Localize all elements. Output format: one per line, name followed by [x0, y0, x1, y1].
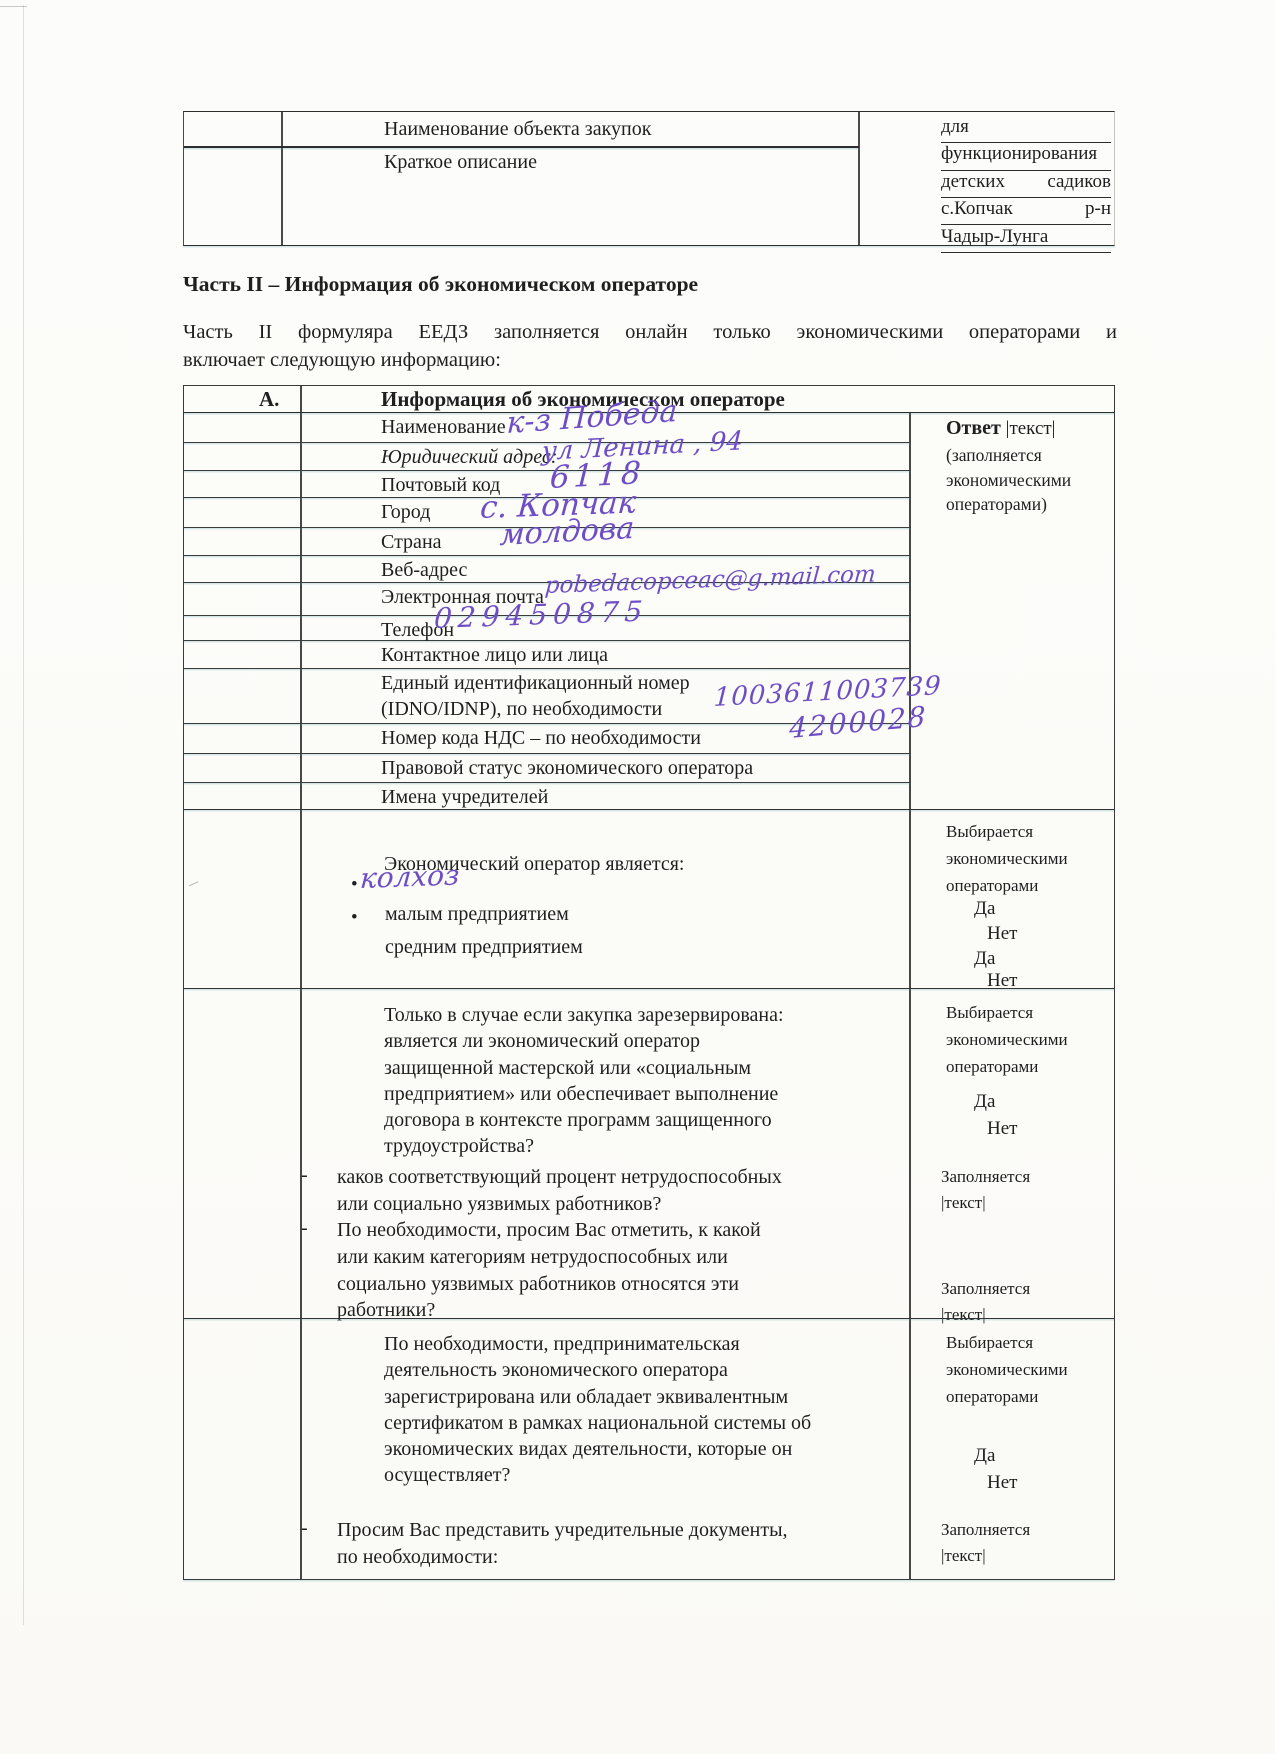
question-line: По необходимости, просим Вас отметить, к… [337, 1217, 761, 1244]
row-label: Веб-адрес [381, 559, 467, 582]
option-yes: Да [974, 948, 995, 970]
sub-question: каков соответствующий процент нетрудоспо… [337, 1164, 782, 1218]
value-line: функционирования [941, 143, 1111, 170]
option-no: Нет [987, 923, 1017, 945]
answer-note: (заполняется экономическими операторами) [946, 443, 1114, 517]
row-label: Правовой статус экономического оператора [381, 757, 753, 780]
right-note-line: Выбирается [946, 818, 1068, 845]
row-label: Номер кода НДС – по необходимости [381, 727, 701, 750]
row-label: Юридический адрес: [381, 446, 557, 469]
column-divider [281, 112, 283, 245]
right-note-line: операторами [946, 1383, 1068, 1410]
question-line: или каким категориям нетрудоспособных ил… [337, 1244, 761, 1271]
right-note-line: экономическими [946, 1356, 1068, 1383]
intro-paragraph: Часть II формуляра ЕЕДЗ заполняется онла… [183, 318, 1117, 374]
question-line: предприятием» или обеспечивает выполнени… [384, 1081, 784, 1107]
question-line: осуществляет? [384, 1462, 811, 1488]
question-line: трудоустройства? [384, 1133, 784, 1159]
answer-note-line: (заполняется [946, 443, 1114, 468]
option-no: Нет [987, 1118, 1017, 1140]
bullet-marker: • [351, 874, 358, 896]
handwritten-value: 029450875 [433, 594, 650, 635]
section-reserved: Только в случае если закупка зарезервиро… [184, 988, 1114, 1318]
value-line: Чадыр-Лунга [941, 226, 1111, 253]
answer-header: Ответ |текст| (заполняется экономическим… [946, 417, 1114, 517]
question-line: является ли экономический оператор [384, 1028, 784, 1054]
value-cell: для функционирования детских садиков с.К… [941, 116, 1111, 253]
fill-note-line: Заполняется [941, 1517, 1030, 1543]
option-yes: Да [974, 898, 995, 920]
scanned-page: Наименование объекта закупок Краткое опи… [0, 0, 1275, 1754]
row-divider [184, 146, 859, 148]
right-note-line: операторами [946, 872, 1068, 899]
question-line: деятельность экономического оператора [384, 1357, 811, 1383]
fill-note: Заполняется |текст| [941, 1164, 1030, 1216]
row-label: Город [381, 501, 430, 524]
intro-line: включает следующую информацию: [183, 346, 1117, 374]
answer-text-token: |текст| [1006, 418, 1056, 439]
section-sme: Экономический оператор является: • колхо… [184, 809, 1114, 988]
sub-question: Просим Вас представить учредительные док… [337, 1517, 788, 1571]
question-line: каков соответствующий процент нетрудоспо… [337, 1164, 782, 1191]
table-row: Страна молдова [184, 528, 911, 556]
dash-marker: - [301, 1517, 308, 1540]
option-no: Нет [987, 1472, 1017, 1494]
table-row: Номер кода НДС – по необходимости 420002… [184, 724, 911, 754]
dash-marker: - [301, 1164, 308, 1187]
question-line: Только в случае если закупка зарезервиро… [384, 1002, 784, 1028]
sme-item: средним предприятием [385, 936, 583, 959]
value-line: для [941, 116, 1111, 143]
section-letter: А. [259, 387, 279, 412]
question-line: защищенной мастерской или «социальным [384, 1055, 784, 1081]
question-block: Только в случае если закупка зарезервиро… [384, 1002, 784, 1160]
section-registered: По необходимости, предпринимательская де… [184, 1318, 1114, 1581]
question-line: социально уязвимых работников относятся … [337, 1271, 761, 1298]
table-row: Телефон 029450875 [184, 616, 911, 641]
question-line: По необходимости, предпринимательская [384, 1331, 811, 1357]
question-line: сертификатом в рамках национальной систе… [384, 1410, 811, 1436]
right-note-line: операторами [946, 1053, 1068, 1080]
question-line: зарегистрирована или обладает эквивалент… [384, 1384, 811, 1410]
table-row: Контактное лицо или лица [184, 641, 911, 669]
answer-label: Ответ |текст| [946, 417, 1114, 440]
row-label-line2: (IDNO/IDNP), по необходимости [381, 698, 662, 721]
right-note: Выбирается экономическими операторами [946, 999, 1068, 1080]
main-table: А. Информация об экономическом операторе… [183, 385, 1115, 1580]
part2-heading: Часть II – Информация об экономическом о… [183, 272, 698, 297]
bullet-marker: • [351, 907, 358, 929]
right-note-line: экономическими [946, 1026, 1068, 1053]
right-note: Выбирается экономическими операторами [946, 818, 1068, 899]
fill-note-line: |текст| [941, 1543, 1030, 1569]
question-line: договора в контексте программ защищенног… [384, 1107, 784, 1133]
row-label: Имена учредителей [381, 786, 548, 809]
table-row: Юридический адрес: ул Ленина , 94 [184, 443, 911, 471]
answer-note-line: экономическими [946, 468, 1114, 493]
question-block: По необходимости, предпринимательская де… [384, 1331, 811, 1489]
question-line: Просим Вас представить учредительные док… [337, 1517, 788, 1544]
row-label: Наименование [381, 416, 506, 439]
option-yes: Да [974, 1091, 995, 1113]
top-table: Наименование объекта закупок Краткое опи… [183, 111, 1115, 246]
column-divider [858, 112, 860, 245]
table-row: Правовой статус экономического оператора [184, 754, 911, 783]
value-line: детских садиков [941, 171, 1111, 198]
row-label: Контактное лицо или лица [381, 644, 608, 667]
question-line: по необходимости: [337, 1544, 788, 1571]
fill-note-line: Заполняется [941, 1164, 1030, 1190]
label-procurement-object: Наименование объекта закупок [384, 118, 651, 141]
question-line: или социально уязвимых работников? [337, 1191, 782, 1218]
answer-note-line: операторами) [946, 492, 1114, 517]
scan-edge-line [23, 5, 24, 1625]
row-label: Единый идентификационный номер [381, 672, 690, 695]
row-label: Страна [381, 531, 442, 554]
fill-note-line: Заполняется [941, 1276, 1030, 1302]
right-note-line: экономическими [946, 845, 1068, 872]
sme-item: малым предприятием [385, 903, 569, 926]
dash-marker: - [301, 1217, 308, 1240]
label-short-description: Краткое описание [384, 151, 537, 174]
handwritten-value: колхоз [359, 858, 461, 895]
right-note-line: Выбирается [946, 1329, 1068, 1356]
fill-note-line: |текст| [941, 1190, 1030, 1216]
scan-edge-line [0, 6, 27, 7]
answer-bold: Ответ [946, 417, 1001, 439]
value-line: с.Копчак р-н [941, 198, 1111, 225]
right-note: Выбирается экономическими операторами [946, 1329, 1068, 1410]
intro-line: Часть II формуляра ЕЕДЗ заполняется онла… [183, 318, 1117, 346]
question-line: экономических видах деятельности, которы… [384, 1436, 811, 1462]
right-note-line: Выбирается [946, 999, 1068, 1026]
sub-question: По необходимости, просим Вас отметить, к… [337, 1217, 761, 1324]
option-yes: Да [974, 1445, 995, 1467]
table-row: Имена учредителей [184, 783, 911, 809]
fill-note: Заполняется |текст| [941, 1517, 1030, 1569]
handwritten-value: молдова [499, 511, 635, 553]
